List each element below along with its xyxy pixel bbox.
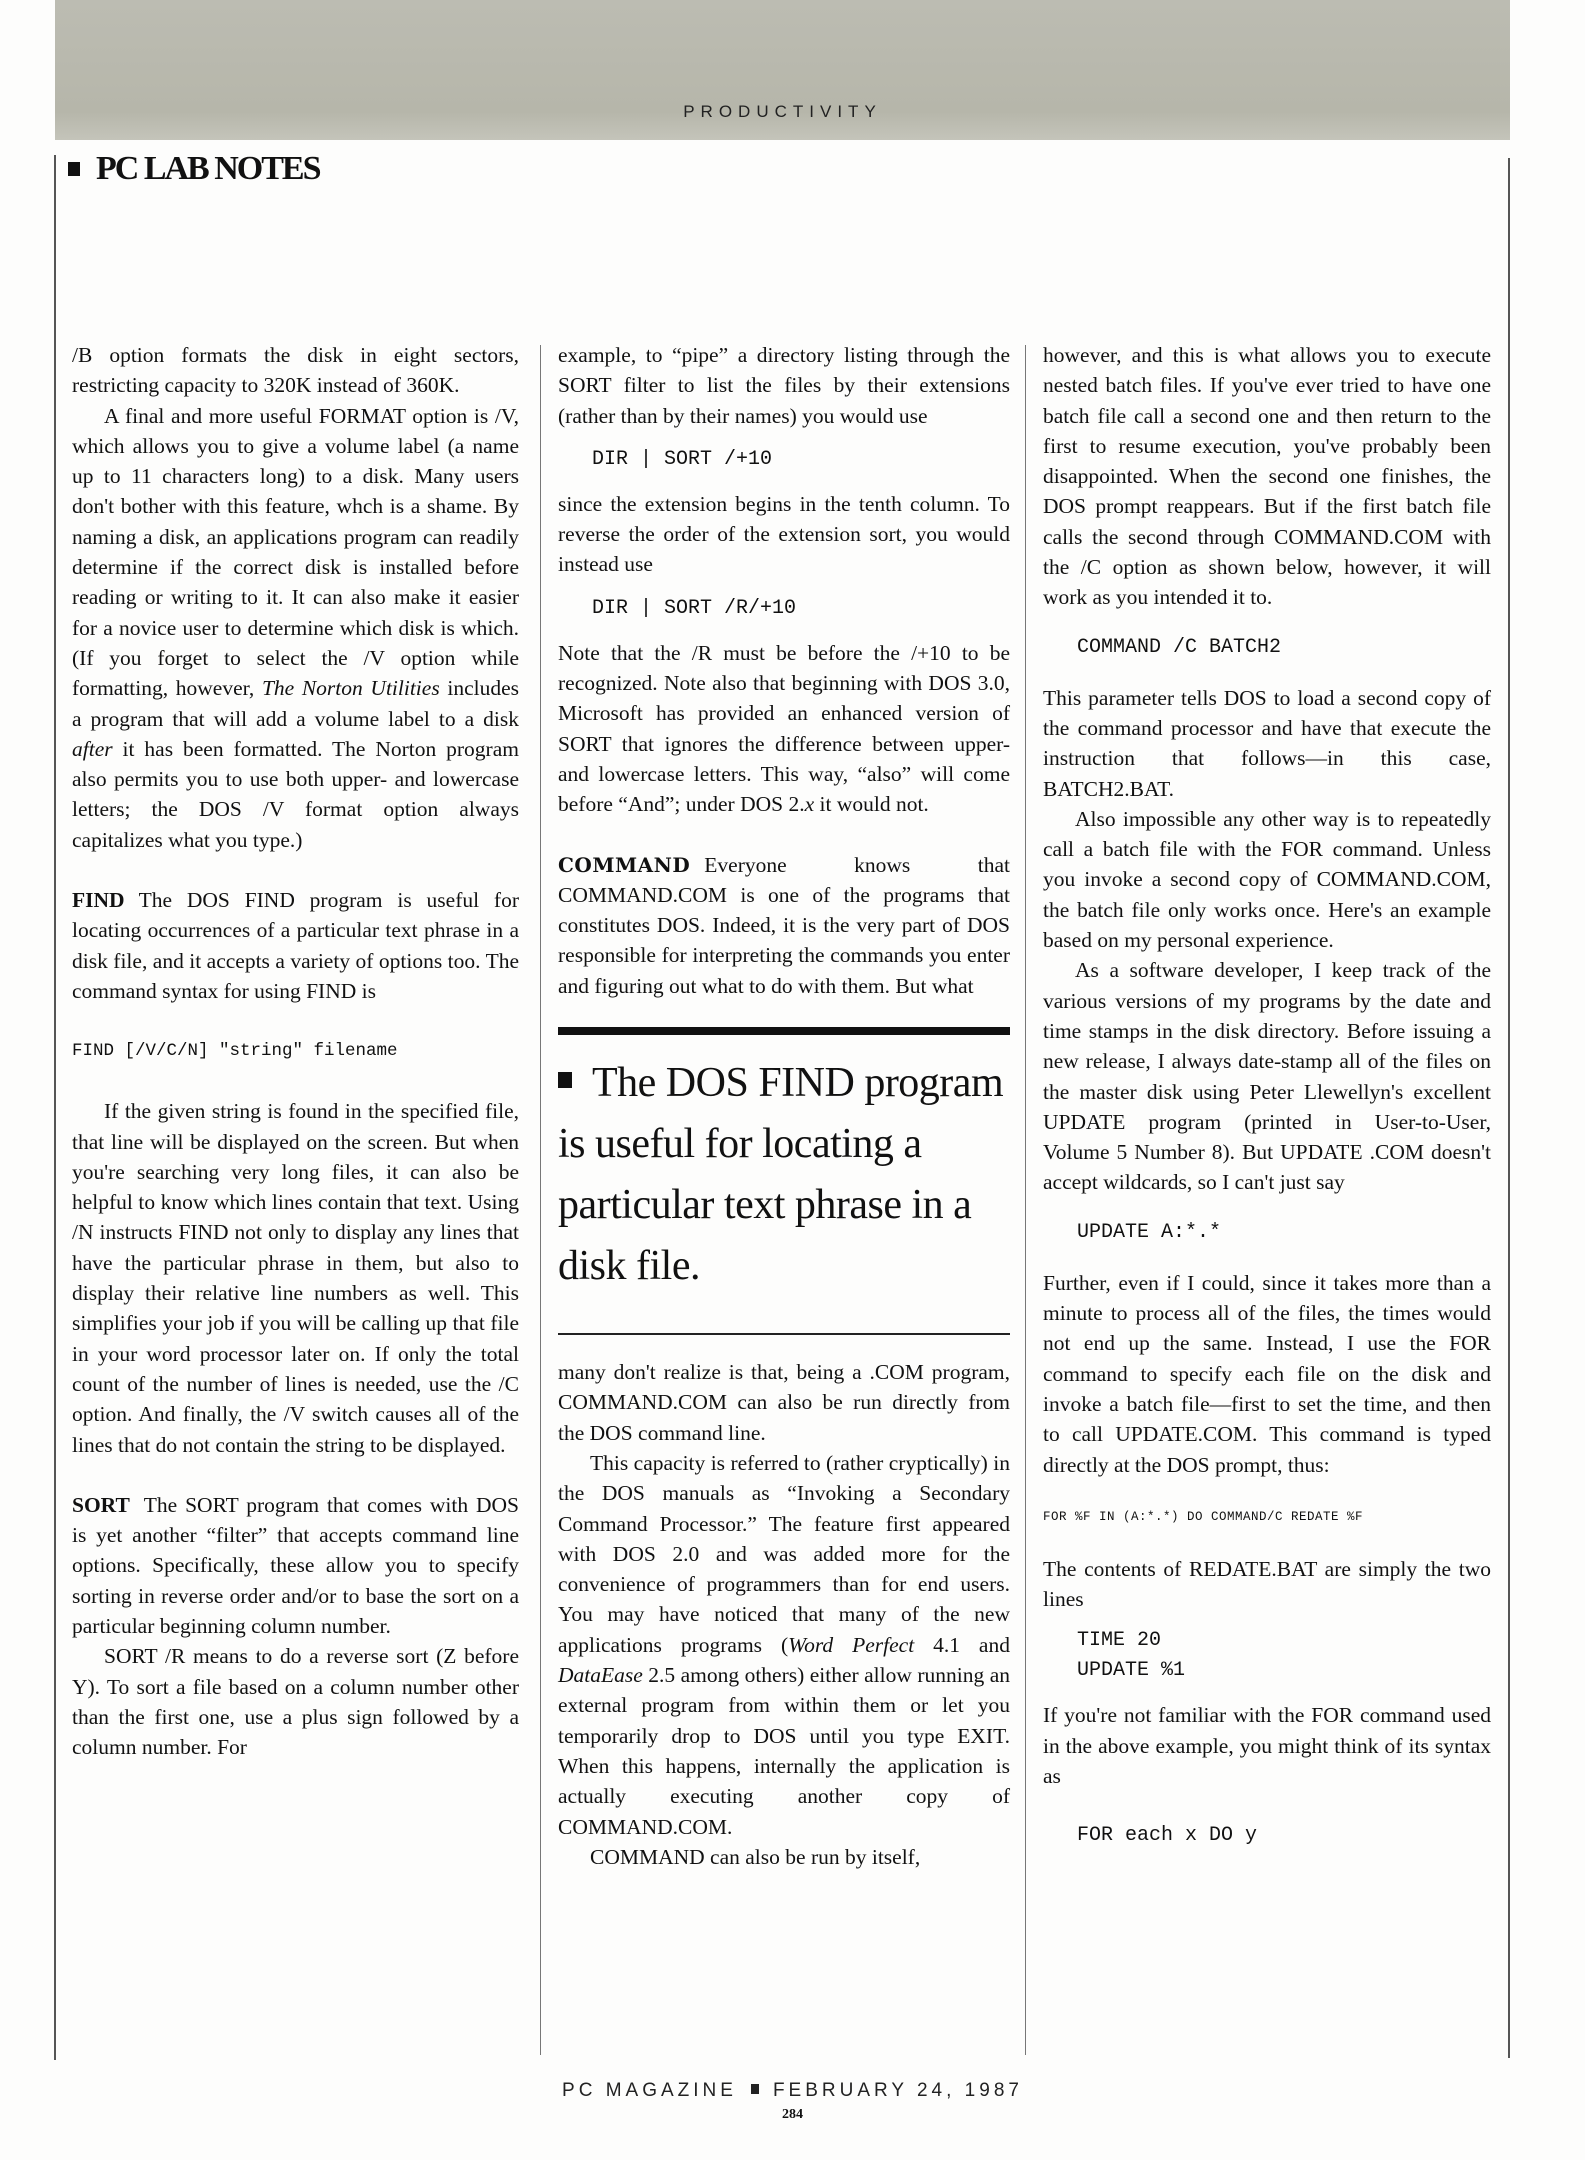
article-column-1: /B option formats the disk in eight sect…: [72, 340, 519, 1762]
paragraph: If the given string is found in the spec…: [72, 1096, 519, 1460]
code-sample: UPDATE A:*.*: [1077, 1218, 1491, 1248]
paragraph: This parameter tells DOS to load a secon…: [1043, 683, 1491, 804]
section-banner: PRODUCTIVITY: [55, 0, 1510, 140]
code-sample: FIND [/V/C/N] "string" filename: [72, 1036, 519, 1066]
square-bullet-icon: [751, 2084, 759, 2094]
column-title: PC LAB NOTES: [68, 150, 320, 188]
section-label: PRODUCTIVITY: [55, 102, 1510, 122]
issue-date: FEBRUARY 24, 1987: [773, 2080, 1023, 2101]
subhead-sort: SORT: [72, 1493, 130, 1517]
paragraph: /B option formats the disk in eight sect…: [72, 340, 519, 401]
paragraph: since the extension begins in the tenth …: [558, 489, 1010, 580]
paragraph: many don't realize is that, being a .COM…: [558, 1357, 1010, 1448]
article-column-2: example, to “pipe” a directory listing t…: [558, 340, 1010, 1872]
paragraph: however, and this is what allows you to …: [1043, 340, 1491, 613]
code-sample: FOR %F IN (A:*.*) DO COMMAND/C REDATE %F: [1043, 1502, 1491, 1532]
code-sample: DIR | SORT /R/+10: [592, 594, 1010, 624]
paragraph: Further, even if I could, since it takes…: [1043, 1268, 1491, 1480]
paragraph: A final and more useful FORMAT option is…: [72, 401, 519, 855]
sort-section: SORTThe SORT program that comes with DOS…: [72, 1490, 519, 1641]
article-column-3: however, and this is what allows you to …: [1043, 340, 1491, 1865]
column-title-text: PC LAB NOTES: [96, 150, 320, 188]
paragraph: This capacity is referred to (rather cry…: [558, 1448, 1010, 1842]
paragraph: The contents of REDATE.BAT are simply th…: [1043, 1554, 1491, 1615]
paragraph: SORT /R means to do a reverse sort (Z be…: [72, 1641, 519, 1762]
column-divider: [1025, 345, 1026, 2055]
paragraph: Note that the /R must be before the /+10…: [558, 638, 1010, 820]
paragraph: If you're not familiar with the FOR comm…: [1043, 1700, 1491, 1791]
code-sample: DIR | SORT /+10: [592, 445, 1010, 475]
page-frame-right: [1508, 158, 1510, 2058]
pull-quote-rule: [558, 1333, 1010, 1335]
code-sample: COMMAND /C BATCH2: [1077, 633, 1491, 663]
find-section: FINDThe DOS FIND program is useful for l…: [72, 885, 519, 1006]
code-sample: FOR each x DO y: [1077, 1821, 1491, 1851]
page-footer: PC MAGAZINEFEBRUARY 24, 1987: [0, 2080, 1585, 2102]
command-section: COMMANDEveryone knows that COMMAND.COM i…: [558, 850, 1010, 1001]
paragraph: example, to “pipe” a directory listing t…: [558, 340, 1010, 431]
pull-quote: The DOS FIND program is useful for locat…: [558, 1027, 1010, 1335]
code-block: TIME 20UPDATE %1: [1077, 1626, 1491, 1686]
paragraph: COMMAND can also be run by itself,: [558, 1842, 1010, 1872]
subhead-find: FIND: [72, 888, 125, 912]
column-divider: [540, 345, 541, 2055]
paragraph: As a software developer, I keep track of…: [1043, 955, 1491, 1197]
square-bullet-icon: [68, 162, 80, 176]
paragraph: Also impossible any other way is to repe…: [1043, 804, 1491, 955]
page-frame-left: [54, 155, 56, 2060]
pull-quote-text: The DOS FIND program is useful for locat…: [558, 1060, 1003, 1289]
subhead-command: COMMAND: [558, 853, 690, 877]
square-bullet-icon: [558, 1072, 572, 1088]
magazine-name: PC MAGAZINE: [562, 2080, 737, 2101]
page-number: 284: [0, 2107, 1585, 2123]
